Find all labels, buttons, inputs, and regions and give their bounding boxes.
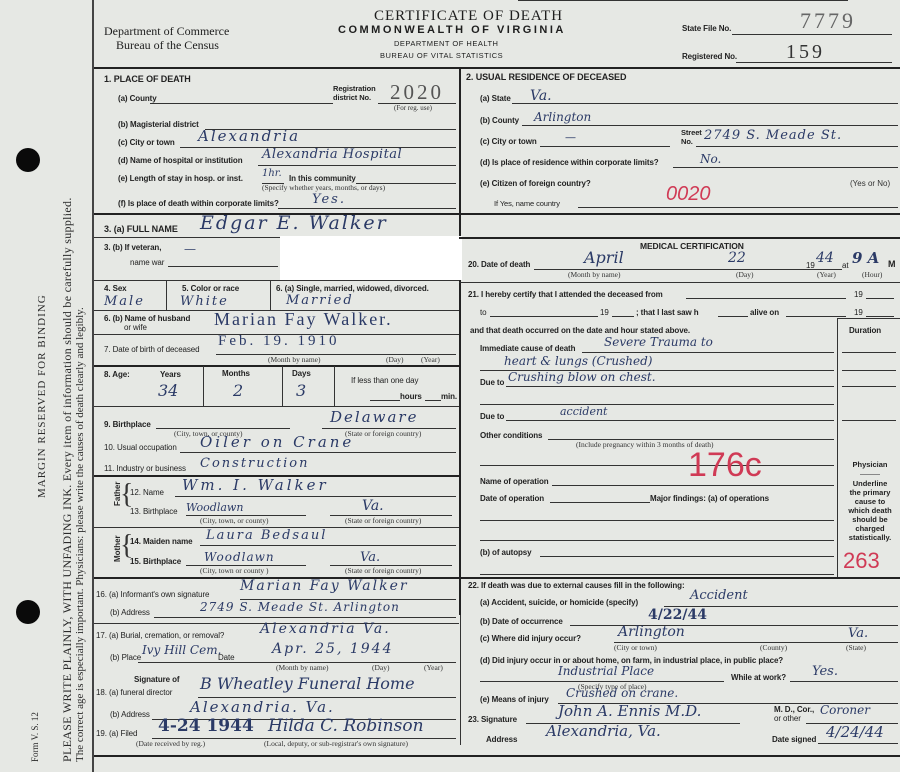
res-city-value: — xyxy=(565,131,576,144)
birthplace-state-note: (State or foreign country) xyxy=(345,429,421,438)
autopsy-field[interactable] xyxy=(540,556,834,557)
occurrence-date-value: 4/22/44 xyxy=(648,607,707,623)
father-birth-label: 13. Birthplace xyxy=(130,507,178,516)
mother-birth-state: Va. xyxy=(360,550,380,565)
occupation-label: 10. Usual occupation xyxy=(104,443,177,452)
death-year-value: 44 xyxy=(816,250,834,266)
informant-label: 16. (a) Informant's own signature xyxy=(96,590,209,599)
street-label-1: Street xyxy=(681,128,702,137)
street-value: 2749 S. Meade St. xyxy=(704,128,842,143)
death-day-note: (Day) xyxy=(736,270,754,279)
informant-address-field[interactable] xyxy=(154,617,456,618)
operation-date-field[interactable] xyxy=(550,502,650,503)
death-certificate: Form V. S. 12 MARGIN RESERVED FOR BINDIN… xyxy=(0,0,900,772)
funeral-address-value: Alexandria. Va. xyxy=(190,698,335,716)
mother-city-note: (City, town or county ) xyxy=(200,566,268,575)
to-year-field[interactable] xyxy=(612,316,634,317)
birthplace-label: 9. Birthplace xyxy=(104,420,151,429)
operation-date-label: Date of operation xyxy=(480,494,544,503)
duration-field-2[interactable] xyxy=(842,370,896,371)
where-city-note: (City or town) xyxy=(614,643,657,652)
death-date-label: 20. Date of death xyxy=(468,260,530,269)
center-divider xyxy=(459,67,461,615)
external-top-rule xyxy=(459,577,900,579)
md-label-1: M. D., Cor., xyxy=(774,705,814,714)
industry-value: Construction xyxy=(200,456,310,471)
mother-state-note: (State or foreign country) xyxy=(345,566,421,575)
attended-from-field[interactable] xyxy=(686,298,846,299)
less-day-label: If less than one day xyxy=(351,376,418,385)
sex-value: Male xyxy=(104,294,145,309)
mother-name-label: 14. Maiden name xyxy=(130,537,193,546)
res-state-field[interactable] xyxy=(512,103,898,104)
certify-label: 21. I hereby certify that I attended the… xyxy=(468,290,663,299)
physician-note: Physician Underline the primary cause to… xyxy=(840,460,900,542)
days-value: 3 xyxy=(296,381,306,400)
immediate-cause-value-2: heart & lungs (Crushed) xyxy=(504,354,652,368)
occupation-value: Oiler on Crane xyxy=(200,433,354,451)
findings-field-1[interactable] xyxy=(480,520,834,521)
dept-commerce: Department of Commerce xyxy=(104,24,229,39)
industry-label: 11. Industry or business xyxy=(104,464,186,473)
stay-note: (Specify whether years, months, or days) xyxy=(262,183,385,192)
physician-note-rule xyxy=(860,469,880,475)
autopsy-field-2[interactable] xyxy=(480,574,834,575)
due-to-value-1: Crushing blow on chest. xyxy=(508,370,656,384)
bureau-vital-statistics: BUREAU OF VITAL STATISTICS xyxy=(380,51,503,60)
signature-value: John A. Ennis M.D. xyxy=(558,702,701,720)
findings-field-2[interactable] xyxy=(480,540,834,541)
dob-field[interactable] xyxy=(216,354,456,355)
months-divider xyxy=(282,366,283,406)
reg-district-label-1: Registration xyxy=(333,84,376,93)
father-birth-state: Va. xyxy=(362,498,384,514)
due-to-field-1b[interactable] xyxy=(480,404,834,405)
res-county-label: (b) County xyxy=(480,116,519,125)
place-label: (b) Place xyxy=(110,653,141,662)
due-to-field-2[interactable] xyxy=(506,420,834,421)
other-conditions-label: Other conditions xyxy=(480,431,542,440)
to-19: 19 xyxy=(600,308,609,317)
due-to-field-1[interactable] xyxy=(506,386,834,387)
funeral-address-label: (b) Address xyxy=(110,710,150,719)
full-name-label: 3. (a) FULL NAME xyxy=(104,224,178,234)
death-at-label: at xyxy=(842,261,848,270)
department-health: DEPARTMENT OF HEALTH xyxy=(394,39,498,48)
commonwealth-title: COMMONWEALTH OF VIRGINIA xyxy=(338,24,566,36)
reg-use-note: (For reg. use) xyxy=(394,104,432,112)
burial-year-note: (Year) xyxy=(424,663,443,672)
physician-note-line: statistically. xyxy=(840,533,900,542)
veteran-label-1: 3. (b) If veteran, xyxy=(104,243,161,252)
filed-note: (Date received by reg.) xyxy=(136,739,205,748)
where-label: (c) Where did injury occur? xyxy=(480,634,581,643)
veteran-field[interactable] xyxy=(168,266,278,267)
min-field[interactable] xyxy=(425,400,441,401)
dob-value: Feb. 19. 1910 xyxy=(218,333,340,350)
from-19: 19 xyxy=(854,290,863,299)
hospital-label: (d) Name of hospital or institution xyxy=(118,156,243,165)
alive-on-field[interactable] xyxy=(786,316,846,317)
burial-label: 17. (a) Burial, cremation, or removal? xyxy=(96,631,224,640)
father-name-field[interactable] xyxy=(175,496,456,497)
death-year-prefix: 19 xyxy=(806,261,815,270)
while-at-work-label: While at work? xyxy=(731,673,786,682)
physician-note-line: Physician xyxy=(840,460,900,469)
due-to-value-2: accident xyxy=(560,405,607,418)
margin-instruction-1: PLEASE WRITE PLAINLY, WITH UNFADING INK.… xyxy=(60,197,75,762)
citizen-note: (Yes or No) xyxy=(850,179,890,188)
years-divider xyxy=(203,366,204,406)
res-corporate-value: No. xyxy=(700,152,721,166)
doctor-address-label: Address xyxy=(486,735,517,744)
corporate-limits-value: Yes. xyxy=(312,192,346,207)
county-field[interactable] xyxy=(150,103,333,104)
doctor-address-value: Alexandria, Va. xyxy=(546,722,661,740)
race-label: 5. Color or race xyxy=(182,284,239,293)
hospital-value: Alexandria Hospital xyxy=(262,147,402,162)
veteran-value: — xyxy=(184,242,196,256)
binder-hole-top xyxy=(16,148,40,172)
birthplace-value: Delaware xyxy=(330,408,418,426)
stay-value: 1hr. xyxy=(262,168,282,179)
min-label: min. xyxy=(441,392,457,401)
mother-name-value: Laura Bedsaul xyxy=(206,528,327,543)
hours-field[interactable] xyxy=(370,400,400,401)
father-city-note: (City, town, or county) xyxy=(200,516,268,525)
street-field[interactable] xyxy=(696,146,898,147)
physician-note-line: the primary xyxy=(840,488,900,497)
while-at-work-field[interactable] xyxy=(790,681,898,682)
informant-address-value: 2749 S. Meade St. Arlington xyxy=(200,600,400,614)
alive-year-field[interactable] xyxy=(866,316,894,317)
rule-age xyxy=(94,406,459,407)
death-month-value: April xyxy=(584,248,624,267)
certificate-title: CERTIFICATE OF DEATH xyxy=(374,8,563,25)
duration-field-4[interactable] xyxy=(842,420,896,421)
while-at-work-value: Yes. xyxy=(812,664,838,679)
registrar-signature: Hilda C. Robinson xyxy=(268,716,424,736)
means-label: (e) Means of injury xyxy=(480,695,549,704)
rule-veteran xyxy=(94,280,459,281)
father-state-note: (State or foreign country) xyxy=(345,516,421,525)
where-state-value: Va. xyxy=(848,626,868,641)
burial-month-note: (Month by name) xyxy=(276,663,329,672)
date-signed-value: 4/24/44 xyxy=(826,723,884,741)
last-saw-field[interactable] xyxy=(718,316,748,317)
corporate-limits-label: (f) Is place of death within corporate l… xyxy=(118,199,279,208)
marital-label: 6. (a) Single, married, widowed, divorce… xyxy=(276,284,429,293)
form-number: Form V. S. 12 xyxy=(30,712,40,762)
occurrence-date-label: (b) Date of occurrence xyxy=(480,617,563,626)
other-conditions-field-2[interactable] xyxy=(480,465,834,466)
veteran-label-2: name war xyxy=(130,258,164,267)
dob-label: 7. Date of birth of deceased xyxy=(104,345,200,354)
months-label: Months xyxy=(222,369,250,378)
where-state-note: (State) xyxy=(846,643,866,652)
due-to-label-1: Due to xyxy=(480,378,504,387)
where-county-note: (County) xyxy=(760,643,787,652)
filed-value: 4-24 1944 xyxy=(158,716,254,736)
marital-value: Married xyxy=(286,293,354,308)
mother-name-field[interactable] xyxy=(200,545,456,546)
registrar-note: (Local, deputy, or sub-registrar's own s… xyxy=(264,739,408,748)
medical-top-rule xyxy=(459,237,900,239)
place-of-death-heading: 1. PLACE OF DEATH xyxy=(104,74,191,84)
alive-19: 19 xyxy=(854,308,863,317)
binder-hole-bottom xyxy=(16,600,40,624)
father-name-label: 12. Name xyxy=(130,488,164,497)
place-type-value: Industrial Place xyxy=(558,664,654,678)
to-field[interactable] xyxy=(490,316,598,317)
physician-note-line: charged xyxy=(840,524,900,533)
margin-divider xyxy=(92,0,94,772)
death-m-label: M xyxy=(888,259,895,269)
dob-month-note: (Month by name) xyxy=(268,355,321,364)
death-hour-value: 9 A xyxy=(852,249,879,267)
stated-above-label: and that death occurred on the date and … xyxy=(470,326,690,335)
burial-date-value: Apr. 25, 1944 xyxy=(272,641,393,657)
mother-birth-label: 15. Birthplace xyxy=(130,557,181,566)
spouse-label-1: 6. (b) Name of husband xyxy=(104,314,190,323)
city-value: Alexandria xyxy=(198,127,300,145)
physician-note-line: should be xyxy=(840,515,900,524)
autopsy-label: (b) of autopsy xyxy=(480,548,531,557)
means-value: Crushed on crane. xyxy=(566,686,678,700)
res-corporate-label: (d) Is place of residence within corpora… xyxy=(480,158,659,167)
age-label: 8. Age: xyxy=(104,370,130,379)
corporate-limits-field[interactable] xyxy=(278,208,456,209)
external-heading: 22. If death was due to external causes … xyxy=(468,581,685,590)
md-label-2: or other xyxy=(774,714,801,723)
accident-type-value: Accident xyxy=(690,588,748,603)
burial-value: Alexandria Va. xyxy=(260,621,391,637)
from-year-field[interactable] xyxy=(866,298,894,299)
death-day-value: 22 xyxy=(728,250,746,266)
registered-number: 159 xyxy=(786,41,825,64)
operation-field[interactable] xyxy=(552,485,834,486)
funeral-value: B Wheatley Funeral Home xyxy=(200,674,415,693)
immediate-cause-field[interactable] xyxy=(582,352,834,353)
state-file-label: State File No. xyxy=(682,24,731,33)
residence-red-code: 0020 xyxy=(666,183,711,206)
date-signed-label: Date signed xyxy=(772,735,816,744)
alive-on-label: alive on xyxy=(750,308,779,317)
magisterial-label: (b) Magisterial district xyxy=(118,120,199,129)
to-label: to xyxy=(480,308,486,317)
burial-date-label: Date xyxy=(218,653,235,662)
res-state-label: (a) State xyxy=(480,94,511,103)
center-divider-lower xyxy=(460,615,461,745)
res-county-value: Arlington xyxy=(534,110,591,124)
res-county-field[interactable] xyxy=(522,125,898,126)
last-saw-label: ; that I last saw h xyxy=(636,308,699,317)
res-corporate-field[interactable] xyxy=(673,167,898,168)
res-state-value: Va. xyxy=(530,88,552,104)
duration-divider xyxy=(837,318,838,578)
duration-top-rule xyxy=(838,318,900,319)
rule-death-date xyxy=(459,282,900,283)
bottom-rule-left xyxy=(94,755,464,757)
duration-field-3[interactable] xyxy=(842,386,896,387)
medical-red-code: 176c xyxy=(688,446,762,485)
mother-birth-city: Woodlawn xyxy=(204,550,275,564)
street-label-2: No. xyxy=(681,137,693,146)
burial-day-note: (Day) xyxy=(372,663,390,672)
registered-label: Registered No. xyxy=(682,52,737,61)
father-birth-city: Woodlawn xyxy=(186,501,243,514)
country-field[interactable] xyxy=(578,207,898,208)
res-city-field[interactable] xyxy=(540,146,670,147)
dob-year-note: (Year) xyxy=(421,355,440,364)
sex-divider xyxy=(166,280,167,310)
residence-heading: 2. USUAL RESIDENCE OF DECEASED xyxy=(466,72,626,82)
death-hour-note: (Hour) xyxy=(862,270,882,279)
county-label: (a) County xyxy=(118,94,157,103)
physician-note-line: Underline xyxy=(840,479,900,488)
city-label: (c) City or town xyxy=(118,138,175,147)
state-file-line xyxy=(732,34,892,35)
duration-field-1[interactable] xyxy=(842,352,896,353)
where-city-value: Arlington xyxy=(618,624,685,640)
stay-label: (e) Length of stay in hosp. or inst. xyxy=(118,174,243,183)
country-label: If Yes, name country xyxy=(494,199,560,208)
death-year-note: (Year) xyxy=(817,270,836,279)
header-rule xyxy=(94,67,900,69)
margin-instruction-2: The correct age is especially important.… xyxy=(74,307,86,762)
place-value: Ivy Hill Cem. xyxy=(142,643,221,657)
date-signed-field[interactable] xyxy=(818,743,898,744)
sex-label: 4. Sex xyxy=(104,284,127,293)
res-city-label: (c) City or town xyxy=(480,137,537,146)
md-value: Coroner xyxy=(820,703,870,717)
years-value: 34 xyxy=(158,381,178,400)
filed-label: 19. (a) Filed xyxy=(96,729,137,738)
reg-district-number: 2020 xyxy=(390,80,444,105)
race-divider xyxy=(270,280,271,310)
years-label: Years xyxy=(160,370,181,379)
rule-dob xyxy=(94,365,459,367)
days-divider xyxy=(334,366,335,406)
dob-day-note: (Day) xyxy=(386,355,404,364)
margin-binding-note: MARGIN RESERVED FOR BINDING xyxy=(36,294,48,498)
operation-label: Name of operation xyxy=(480,477,549,486)
immediate-cause-value-1: Severe Trauma to xyxy=(604,335,713,349)
father-name-value: Wm. I. Walker xyxy=(182,476,329,494)
immediate-cause-label: Immediate cause of death xyxy=(480,344,575,353)
days-label: Days xyxy=(292,369,311,378)
doctor-address-field[interactable] xyxy=(518,0,740,1)
state-file-number: 7779 xyxy=(800,8,856,34)
signature-label: 23. Signature xyxy=(468,715,517,724)
funeral-label-1: Signature of xyxy=(134,675,179,684)
physician-note-line: which death xyxy=(840,506,900,515)
physician-note-line: cause to xyxy=(840,497,900,506)
spouse-value: Marian Fay Walker. xyxy=(214,309,393,330)
informant-value: Marian Fay Walker xyxy=(240,578,409,594)
hospital-field[interactable] xyxy=(258,165,456,166)
race-value: White xyxy=(180,294,229,309)
spouse-label-2: or wife xyxy=(124,323,147,332)
death-month-note: (Month by name) xyxy=(568,270,621,279)
accident-type-label: (a) Accident, suicide, or homicide (spec… xyxy=(480,598,638,607)
funeral-label-2: 18. (a) funeral director xyxy=(96,688,172,697)
bureau-census: Bureau of the Census xyxy=(116,38,219,53)
community-label: In this community xyxy=(289,174,356,183)
redacted-region xyxy=(280,236,462,280)
citizen-label: (e) Citizen of foreign country? xyxy=(480,179,591,188)
due-to-label-2: Due to xyxy=(480,412,504,421)
findings-label: Major findings: (a) of operations xyxy=(650,494,769,503)
full-name-value: Edgar E. Walker xyxy=(200,212,388,234)
bottom-rule-right xyxy=(459,755,900,757)
duration-label: Duration xyxy=(849,326,881,335)
months-value: 2 xyxy=(233,381,243,400)
hours-label: hours xyxy=(400,392,422,401)
informant-address-label: (b) Address xyxy=(110,608,150,617)
occupation-field[interactable] xyxy=(180,452,456,453)
physician-red-code: 263 xyxy=(843,548,880,574)
reg-district-label-2: district No. xyxy=(333,93,371,102)
